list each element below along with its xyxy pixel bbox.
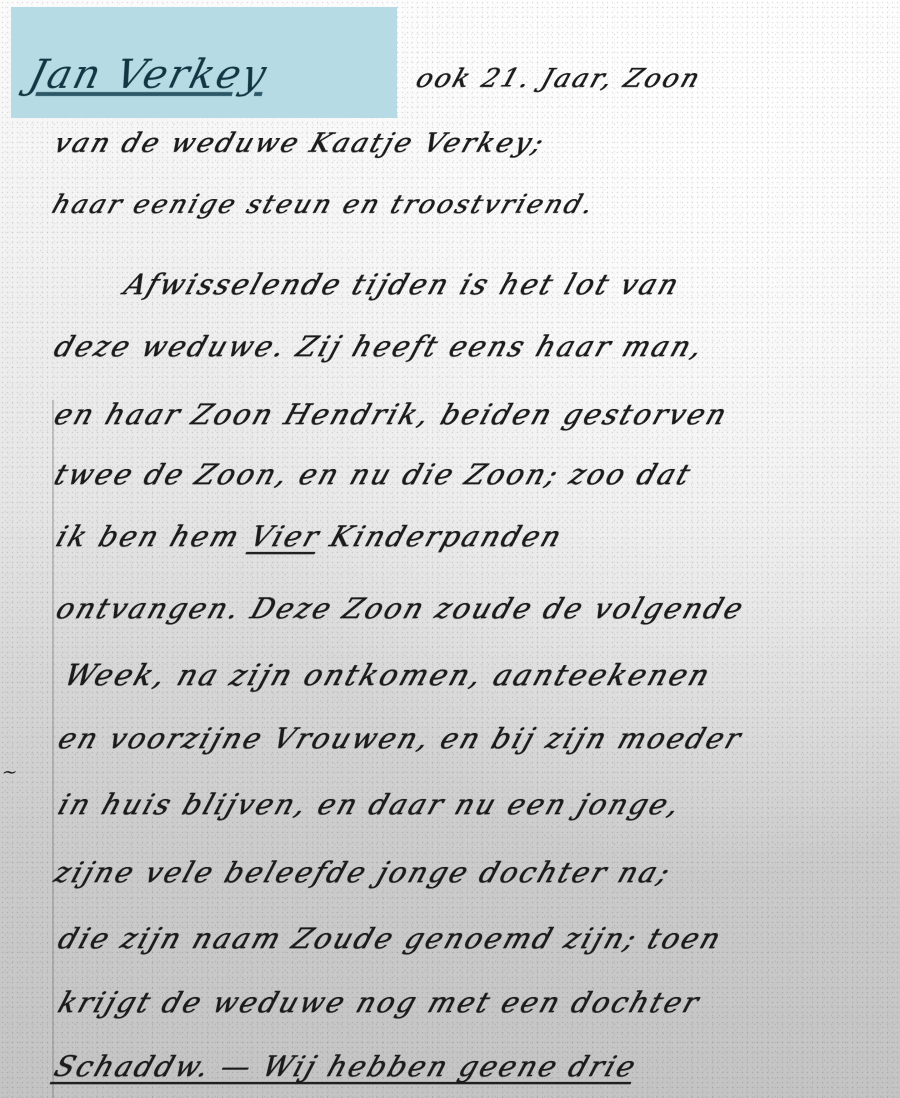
text-line-10: Week, na zijn ontkomen, aanteekenen [60,658,716,692]
text-line-13: zijne vele beleefde jonge dochter na; [50,856,676,889]
text-line-8-part-2: Kinderpanden [314,520,567,553]
text-line-5: deze weduwe. Zij heeft eens haar man, [50,330,709,363]
text-line-14: die zijn naam Zoude genoemd zijn; toen [54,922,727,955]
manuscript-page: Jan Verkey ook 21. Jaar, Zoon van de wed… [0,0,900,1098]
text-line-11: en voorzijne Vrouwen, en bij zijn moeder [54,722,747,755]
text-line-8-part-1: ik ben hem [52,520,257,553]
text-line-7: twee de Zoon, en nu die Zoon; zoo dat [50,458,696,491]
text-line-12: in huis blijven, en daar nu een jonge, [54,788,686,821]
text-line-4: Afwisselende tijden is het lot van [120,268,685,301]
text-line-1: ook 21. Jaar, Zoon [412,64,705,94]
margin-rule [52,400,54,1098]
highlighted-name: Jan Verkey [24,52,272,98]
text-line-2: van de weduwe Kaatje Verkey; [50,128,549,159]
text-line-6: en haar Zoon Hendrik, beiden gestorven [50,398,733,431]
underlined-word: Vier [246,520,325,553]
text-line-3: haar eenige steun en troostvriend. [48,190,599,220]
margin-mark: ~ [0,762,21,783]
text-line-15: krijgt de weduwe nog met een dochter [54,986,705,1019]
text-line-16: Schaddw. — Wij hebben geene drie [50,1050,642,1083]
text-line-8: ik ben hem Vier Kinderpanden [52,520,568,553]
text-line-9: ontvangen. Deze Zoon zoude de volgende [52,592,749,625]
